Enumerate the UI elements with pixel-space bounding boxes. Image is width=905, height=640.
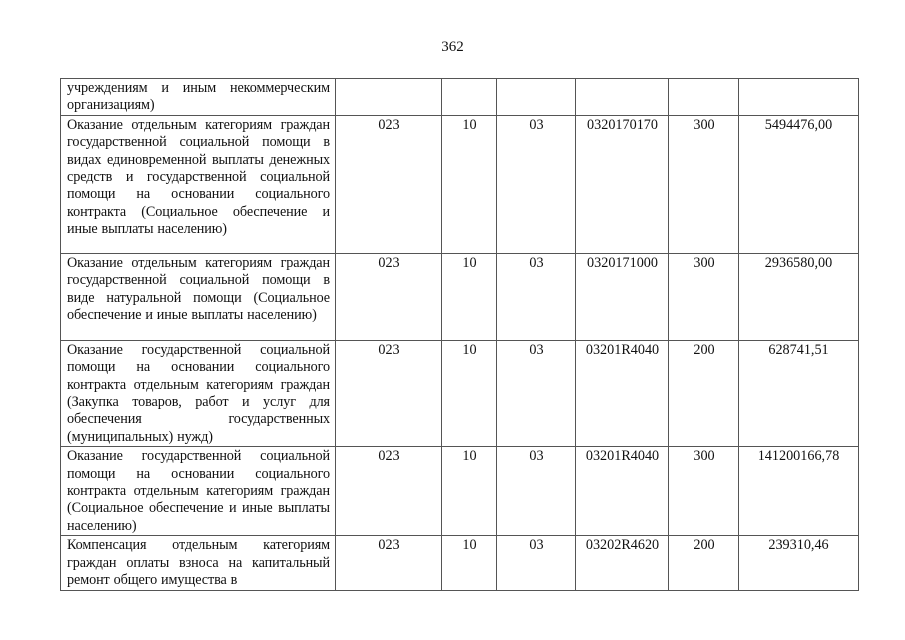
ministry-code-cell: 023 [336, 340, 442, 446]
subsection-code-cell [497, 79, 576, 116]
description-cell: Компенсация отдельным категориям граждан… [61, 536, 336, 590]
ministry-code-cell: 023 [336, 115, 442, 253]
subsection-code-cell: 03 [497, 340, 576, 446]
description-cell: учреждениям и иным некоммерческим органи… [61, 79, 336, 116]
section-code-cell [442, 79, 497, 116]
table-row: Оказание отдельным категориям граждан го… [61, 115, 859, 253]
table-row: Компенсация отдельным категориям граждан… [61, 536, 859, 590]
section-code-cell: 10 [442, 340, 497, 446]
page-number: 362 [0, 38, 905, 56]
subsection-code-cell: 03 [497, 253, 576, 340]
expense-type-cell: 300 [669, 447, 739, 536]
amount-cell: 5494476,00 [739, 115, 859, 253]
ministry-code-cell: 023 [336, 447, 442, 536]
section-code-cell: 10 [442, 253, 497, 340]
table-row: Оказание государственной социальной помо… [61, 447, 859, 536]
expense-type-cell: 200 [669, 536, 739, 590]
table-row: Оказание государственной социальной помо… [61, 340, 859, 446]
amount-cell: 628741,51 [739, 340, 859, 446]
section-code-cell: 10 [442, 536, 497, 590]
amount-cell [739, 79, 859, 116]
target-article-cell: 03202R4620 [576, 536, 669, 590]
table-row: учреждениям и иным некоммерческим органи… [61, 79, 859, 116]
description-cell: Оказание отдельным категориям граждан го… [61, 253, 336, 340]
table-row: Оказание отдельным категориям граждан го… [61, 253, 859, 340]
amount-cell: 239310,46 [739, 536, 859, 590]
budget-table: учреждениям и иным некоммерческим органи… [60, 78, 859, 591]
subsection-code-cell: 03 [497, 447, 576, 536]
target-article-cell: 03201R4040 [576, 340, 669, 446]
expense-type-cell [669, 79, 739, 116]
amount-cell: 2936580,00 [739, 253, 859, 340]
target-article-cell: 0320171000 [576, 253, 669, 340]
ministry-code-cell: 023 [336, 536, 442, 590]
subsection-code-cell: 03 [497, 115, 576, 253]
section-code-cell: 10 [442, 115, 497, 253]
target-article-cell: 03201R4040 [576, 447, 669, 536]
expense-type-cell: 200 [669, 340, 739, 446]
expense-type-cell: 300 [669, 253, 739, 340]
description-cell: Оказание отдельным категориям граждан го… [61, 115, 336, 253]
target-article-cell: 0320170170 [576, 115, 669, 253]
subsection-code-cell: 03 [497, 536, 576, 590]
ministry-code-cell [336, 79, 442, 116]
section-code-cell: 10 [442, 447, 497, 536]
description-cell: Оказание государственной социальной помо… [61, 340, 336, 446]
ministry-code-cell: 023 [336, 253, 442, 340]
target-article-cell [576, 79, 669, 116]
description-cell: Оказание государственной социальной помо… [61, 447, 336, 536]
expense-type-cell: 300 [669, 115, 739, 253]
amount-cell: 141200166,78 [739, 447, 859, 536]
